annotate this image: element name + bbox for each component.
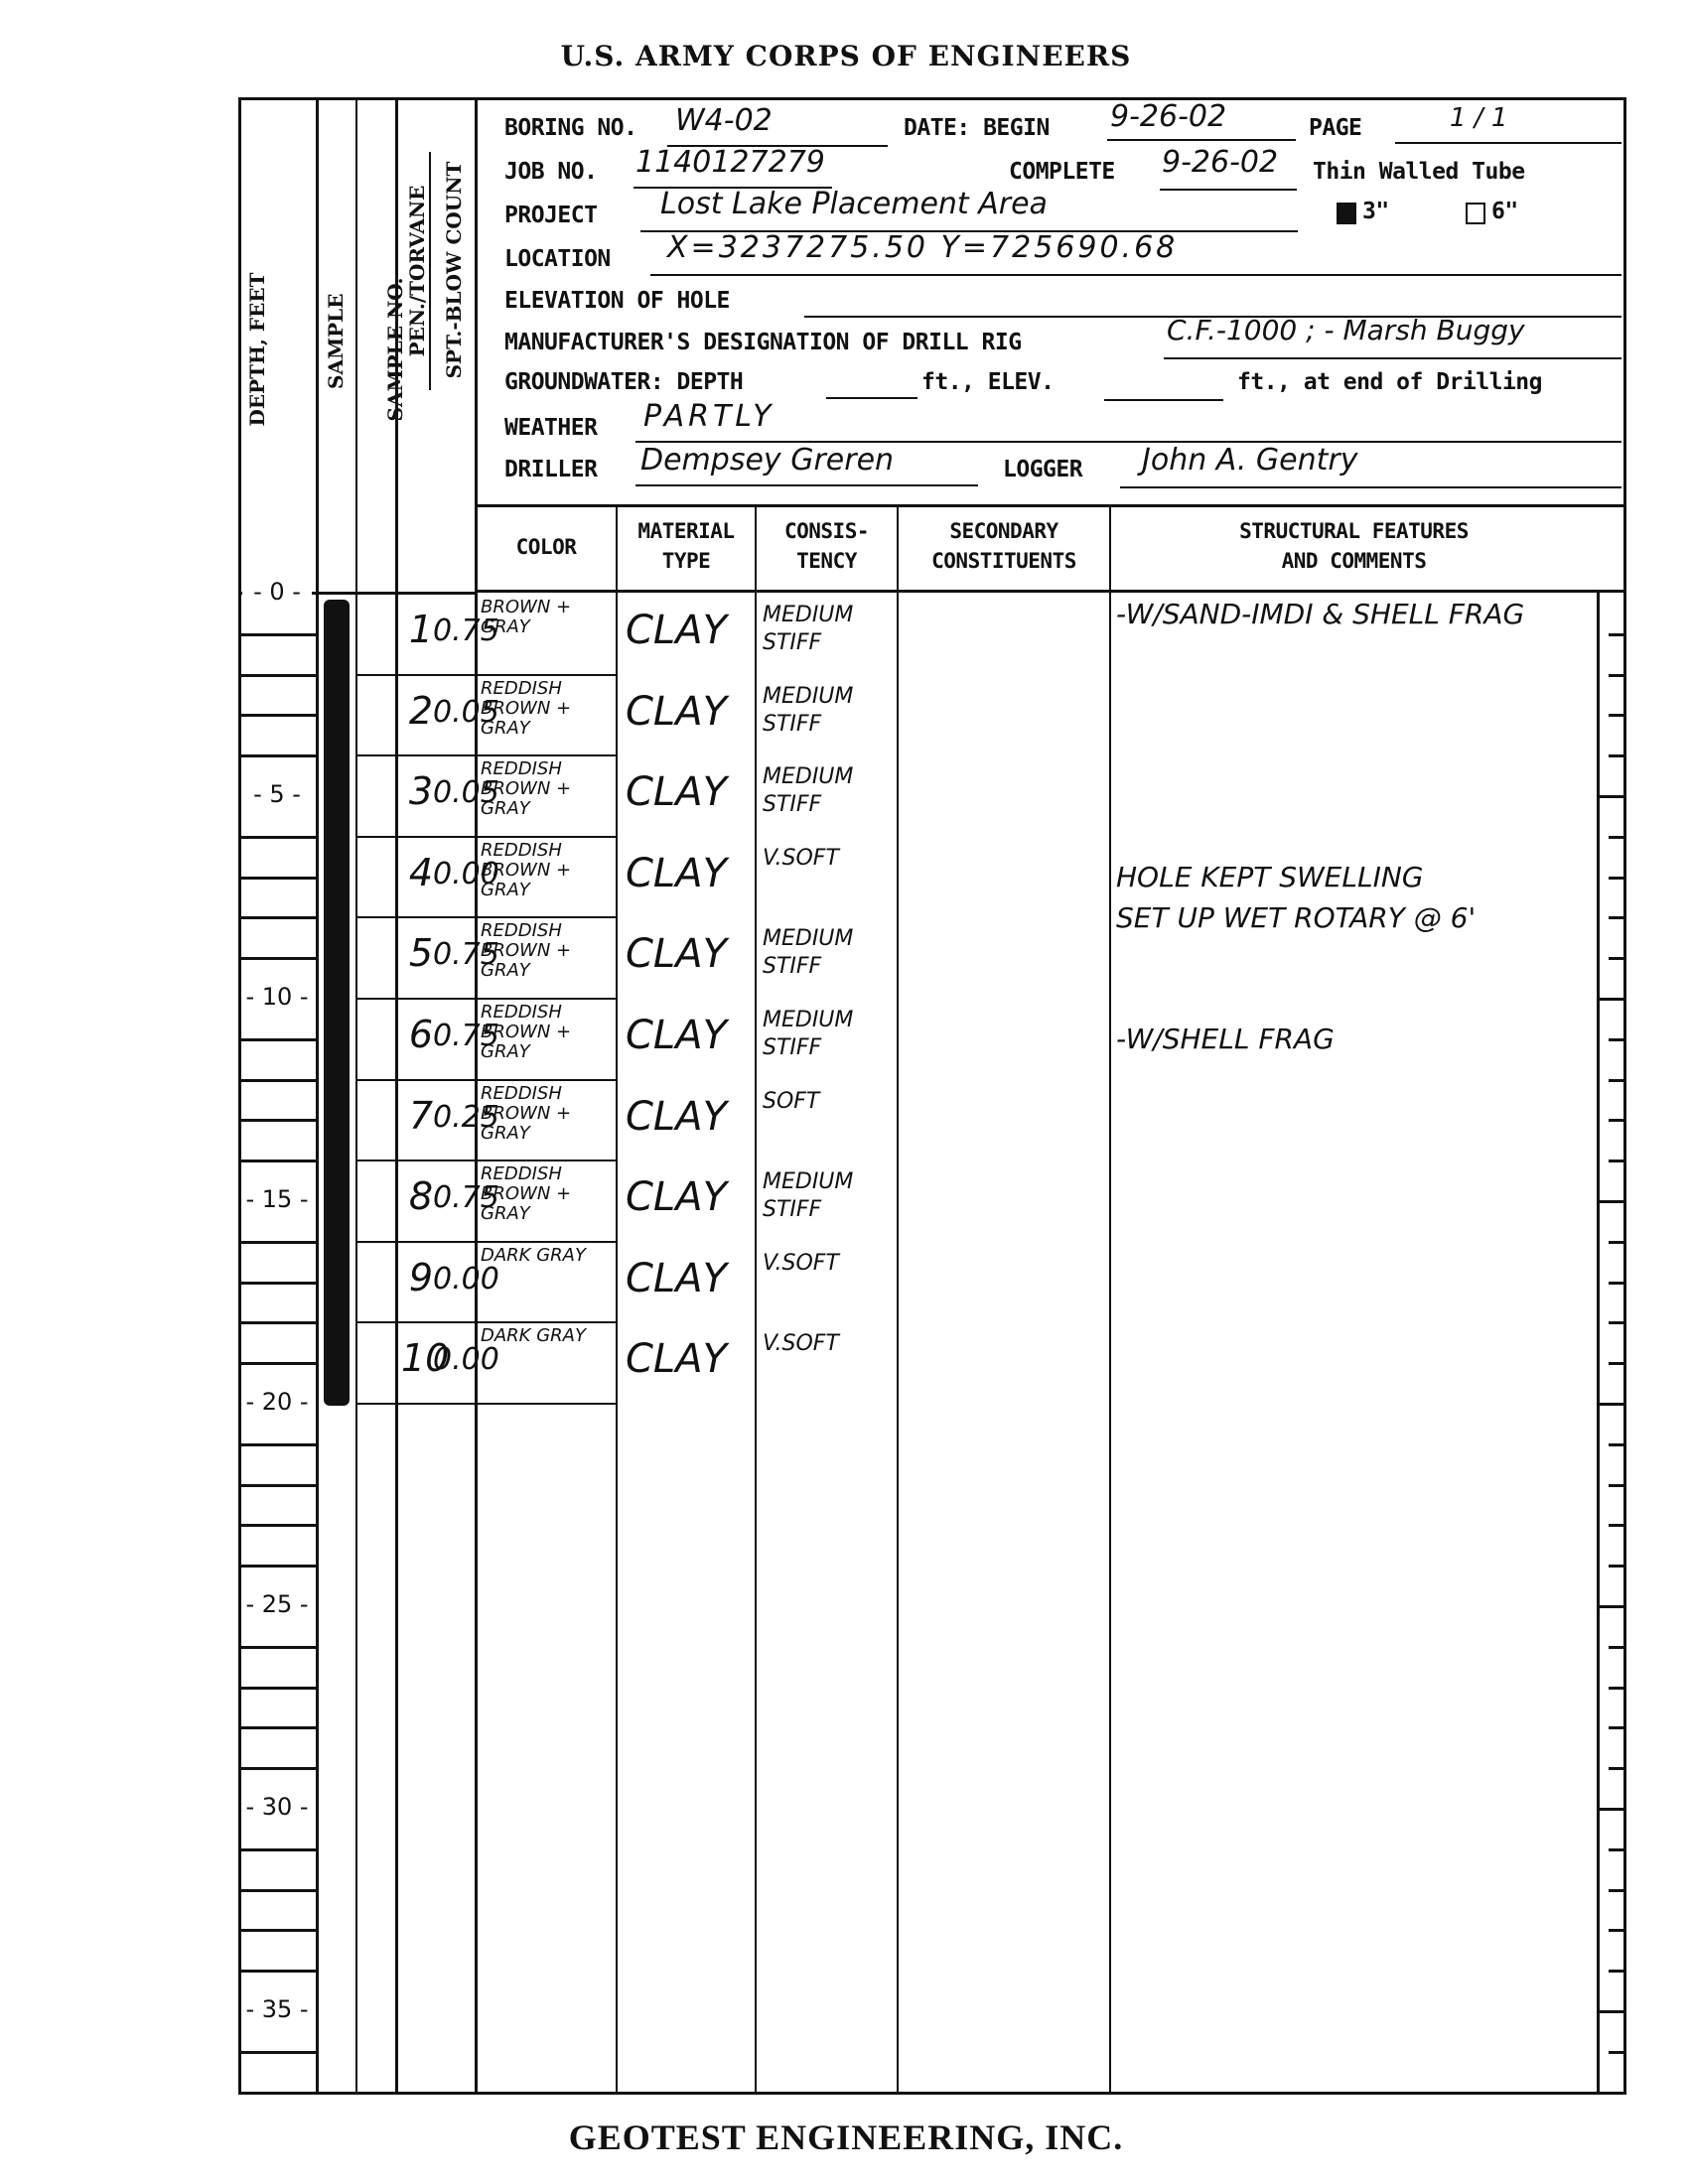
color-cell: DARK GRAY (481, 1326, 614, 1346)
comment-text: -W/SHELL FRAG (1116, 1023, 1593, 1055)
location-field[interactable]: X=3237275.50 Y=725690.68 (667, 230, 1178, 265)
color-cell: REDDISH BROWN + GRAY (481, 921, 614, 981)
right-depth-tick (1597, 1605, 1626, 1608)
depth-tick-label: - 15 - (242, 1185, 312, 1213)
tube-6in-label: 6" (1491, 199, 1518, 224)
right-depth-tick (1609, 1726, 1626, 1729)
page-label: PAGE (1309, 115, 1361, 141)
depth-tick-label: - 10 - (242, 983, 312, 1011)
color-cell: BROWN + GRAY (481, 598, 614, 637)
right-depth-tick (1597, 1200, 1626, 1203)
right-depth-tick (1609, 1484, 1626, 1487)
right-depth-tick (1609, 1362, 1626, 1365)
depth-foot-line (238, 1119, 316, 1122)
right-depth-tick (1609, 957, 1626, 960)
pen-value-cell: 0.75 (433, 614, 477, 648)
sample-header: SAMPLE (324, 310, 348, 389)
right-depth-tick (1597, 2010, 1626, 2013)
right-depth-tick (1597, 1808, 1626, 1811)
date-begin-underline (1107, 139, 1296, 141)
groundwater-label: GROUNDWATER: DEPTH (504, 369, 743, 395)
drill-rig-label: MANUFACTURER'S DESIGNATION OF DRILL RIG (504, 330, 1022, 355)
consistency-column-header: CONSIS- TENCY (757, 516, 897, 576)
consistency-header-line1: CONSIS- (757, 516, 897, 546)
logger-label: LOGGER (1003, 457, 1082, 482)
consistency-cell: MEDIUM STIFF (763, 925, 894, 981)
tube-6in-checkbox[interactable] (1466, 203, 1485, 224)
right-depth-tick (1609, 1160, 1626, 1162)
depth-foot-line (238, 1443, 316, 1446)
right-depth-tick (1609, 2051, 1626, 2054)
right-depth-tick (1609, 877, 1626, 880)
drill-rig-underline (1164, 357, 1621, 359)
structural-header-line2: AND COMMENTS (1111, 546, 1597, 576)
page-underline (1395, 142, 1621, 144)
depth-tick-label: - 30 - (242, 1793, 312, 1821)
comment-text: -W/SAND-IMDI & SHELL FRAG (1116, 598, 1593, 630)
col-divider-structural (1597, 590, 1600, 2095)
depth-foot-line (238, 1767, 316, 1770)
material-column-header: MATERIAL TYPE (618, 516, 755, 576)
color-cell: DARK GRAY (481, 1246, 614, 1266)
consistency-cell: MEDIUM STIFF (763, 602, 894, 657)
right-depth-tick (1609, 1848, 1626, 1851)
driller-field[interactable]: Dempsey Greren (640, 443, 894, 478)
material-type-cell: CLAY (626, 851, 753, 896)
consistency-cell: MEDIUM STIFF (763, 1007, 894, 1062)
right-depth-tick (1609, 754, 1626, 757)
color-cell: REDDISH BROWN + GRAY (481, 1084, 614, 1144)
depth-foot-line (238, 1241, 316, 1244)
color-cell: REDDISH BROWN + GRAY (481, 1164, 614, 1224)
comment-text: SET UP WET ROTARY @ 6' (1116, 901, 1593, 934)
right-depth-tick (1609, 1767, 1626, 1770)
right-depth-tick (1609, 1038, 1626, 1041)
pen-torvane-header: PEN./TORVANE (405, 152, 431, 390)
depth-header: DEPTH, FEET (245, 230, 269, 469)
right-depth-tick (1609, 1646, 1626, 1649)
consistency-cell: MEDIUM STIFF (763, 763, 894, 819)
depth-foot-line (238, 1687, 316, 1690)
depth-tick-label: - 0 - (242, 578, 312, 606)
depth-foot-line (238, 1321, 316, 1324)
right-depth-tick (1609, 1565, 1626, 1568)
consistency-cell: MEDIUM STIFF (763, 683, 894, 739)
structural-column-header: STRUCTURAL FEATURES AND COMMENTS (1111, 516, 1597, 576)
column-header-divider (475, 590, 1626, 593)
right-depth-tick (1609, 1687, 1626, 1690)
drill-rig-field[interactable]: C.F.-1000 ; - Marsh Buggy (1167, 314, 1525, 346)
complete-underline (1160, 189, 1297, 191)
logger-field[interactable]: John A. Gentry (1142, 443, 1358, 478)
color-cell: REDDISH BROWN + GRAY (481, 841, 614, 900)
right-depth-tick (1609, 714, 1626, 717)
right-depth-tick (1609, 633, 1626, 636)
spt-blow-count-header: SPT.-BLOW COUNT (442, 151, 466, 389)
material-type-cell: CLAY (626, 1094, 753, 1140)
depth-foot-line (238, 633, 316, 636)
depth-tick-label: - 25 - (242, 1590, 312, 1618)
pen-value-cell: 0.75 (433, 1180, 477, 1215)
consistency-cell: SOFT (763, 1088, 894, 1116)
pen-value-cell: 0.00 (433, 857, 477, 891)
depth-foot-line (238, 1726, 316, 1729)
date-begin-field[interactable]: 9-26-02 (1110, 99, 1226, 134)
right-depth-tick (1609, 836, 1626, 839)
right-depth-tick (1609, 1524, 1626, 1527)
tube-3in-label: 3" (1362, 199, 1389, 224)
material-type-cell: CLAY (626, 769, 753, 815)
material-type-cell: CLAY (626, 689, 753, 735)
depth-foot-line (238, 1646, 316, 1649)
pen-value-cell: 0.05 (433, 695, 477, 730)
sample-recovery-bar (324, 600, 350, 1406)
color-cell: REDDISH BROWN + GRAY (481, 679, 614, 739)
depth-tick-label: - 20 - (242, 1388, 312, 1416)
depth-foot-line (238, 957, 316, 960)
job-no-label: JOB NO. (504, 159, 597, 185)
driller-underline (635, 484, 978, 486)
right-depth-tick (1609, 674, 1626, 677)
depth-foot-line (238, 714, 316, 717)
depth-foot-line (238, 1889, 316, 1892)
depth-foot-line (238, 1524, 316, 1527)
consistency-cell: MEDIUM STIFF (763, 1168, 894, 1224)
project-field[interactable]: Lost Lake Placement Area (660, 187, 1048, 221)
elevation-label: ELEVATION OF HOLE (504, 288, 730, 314)
material-header-line2: TYPE (618, 546, 755, 576)
consistency-cell: V.SOFT (763, 1250, 894, 1278)
location-label: LOCATION (504, 246, 611, 272)
gw-elev-underline (1104, 399, 1223, 401)
depth-foot-line (238, 1079, 316, 1082)
depth-foot-line (238, 836, 316, 839)
material-type-cell: CLAY (626, 608, 753, 653)
depth-foot-line (238, 877, 316, 880)
weather-label: WEATHER (504, 415, 597, 441)
depth-foot-line (238, 1970, 316, 1973)
col-divider-depth (316, 97, 319, 2095)
depth-foot-line (238, 916, 316, 919)
depth-foot-line (238, 2051, 316, 2054)
comment-text: HOLE KEPT SWELLING (1116, 861, 1593, 893)
pen-value-cell: 0.00 (433, 1342, 477, 1377)
consistency-header-line2: TENCY (757, 546, 897, 576)
right-depth-tick (1609, 1443, 1626, 1446)
depth-foot-line (238, 1282, 316, 1285)
secondary-column-header: SECONDARY CONSTITUENTS (899, 516, 1109, 576)
depth-foot-line (238, 1565, 316, 1568)
right-depth-tick (1597, 998, 1626, 1001)
material-type-cell: CLAY (626, 1013, 753, 1058)
secondary-header-line2: CONSTITUENTS (899, 546, 1109, 576)
depth-foot-line (238, 1484, 316, 1487)
depth-foot-line (238, 1038, 316, 1041)
color-cell: REDDISH BROWN + GRAY (481, 1003, 614, 1062)
depth-foot-line (238, 1929, 316, 1932)
right-depth-tick (1597, 795, 1626, 798)
color-cell: REDDISH BROWN + GRAY (481, 759, 614, 819)
pen-value-cell: 0.25 (433, 1100, 477, 1135)
sample-no-header: SAMPLE NO. (383, 270, 407, 429)
depth-tick-label: - 5 - (242, 780, 312, 808)
right-depth-tick (1609, 1241, 1626, 1244)
page-title: U.S. ARMY CORPS OF ENGINEERS (0, 40, 1692, 72)
driller-label: DRILLER (504, 457, 597, 482)
depth-foot-line (238, 1362, 316, 1365)
pen-value-cell: 0.05 (433, 775, 477, 810)
right-depth-tick (1609, 1119, 1626, 1122)
consistency-cell: V.SOFT (763, 1330, 894, 1358)
col-divider-sample (355, 97, 357, 2095)
date-complete-field[interactable]: 9-26-02 (1162, 145, 1278, 180)
right-depth-tick (1609, 1321, 1626, 1324)
job-no-field[interactable]: 1140127279 (635, 145, 825, 180)
logger-underline (1120, 486, 1621, 488)
depth-foot-line (238, 674, 316, 677)
gw-elev-label: ft., ELEV. (921, 369, 1054, 395)
material-type-cell: CLAY (626, 1336, 753, 1382)
gw-depth-underline (826, 397, 917, 399)
depth-foot-line (238, 754, 316, 757)
right-depth-tick (1609, 1282, 1626, 1285)
material-header-line1: MATERIAL (618, 516, 755, 546)
secondary-header-line1: SECONDARY (899, 516, 1109, 546)
date-begin-label: DATE: BEGIN (904, 115, 1050, 141)
boring-no-field[interactable]: W4-02 (675, 103, 773, 138)
pen-value-cell: 0.75 (433, 1019, 477, 1053)
color-column-header: COLOR (477, 532, 616, 562)
material-type-cell: CLAY (626, 931, 753, 977)
right-depth-tick (1609, 1079, 1626, 1082)
tube-3in-checkbox[interactable] (1337, 203, 1356, 224)
right-depth-tick (1609, 1970, 1626, 1973)
sample-row-divider (355, 1403, 616, 1405)
material-type-cell: CLAY (626, 1174, 753, 1220)
weather-field[interactable]: PARTLY (643, 399, 775, 434)
material-type-cell: CLAY (626, 1256, 753, 1301)
depth-foot-line (238, 1848, 316, 1851)
right-depth-tick (1609, 1889, 1626, 1892)
header-divider (475, 504, 1626, 507)
right-depth-tick (1597, 1403, 1626, 1406)
gw-end-label: ft., at end of Drilling (1237, 369, 1542, 395)
pen-value-cell: 0.00 (433, 1262, 477, 1297)
consistency-cell: V.SOFT (763, 845, 894, 873)
right-depth-tick (1609, 916, 1626, 919)
location-underline (650, 274, 1621, 276)
pen-value-cell: 0.75 (433, 937, 477, 972)
structural-header-line1: STRUCTURAL FEATURES (1111, 516, 1597, 546)
page-field[interactable]: 1 / 1 (1450, 103, 1507, 133)
company-footer: GEOTEST ENGINEERING, INC. (0, 2116, 1692, 2158)
sampler-type-label: Thin Walled Tube (1313, 159, 1525, 185)
depth-foot-line (238, 1160, 316, 1162)
complete-label: COMPLETE (1009, 159, 1115, 185)
right-depth-tick (1609, 1929, 1626, 1932)
boring-no-label: BORING NO. (504, 115, 636, 141)
project-label: PROJECT (504, 203, 597, 228)
depth-tick-label: - 35 - (242, 1995, 312, 2023)
